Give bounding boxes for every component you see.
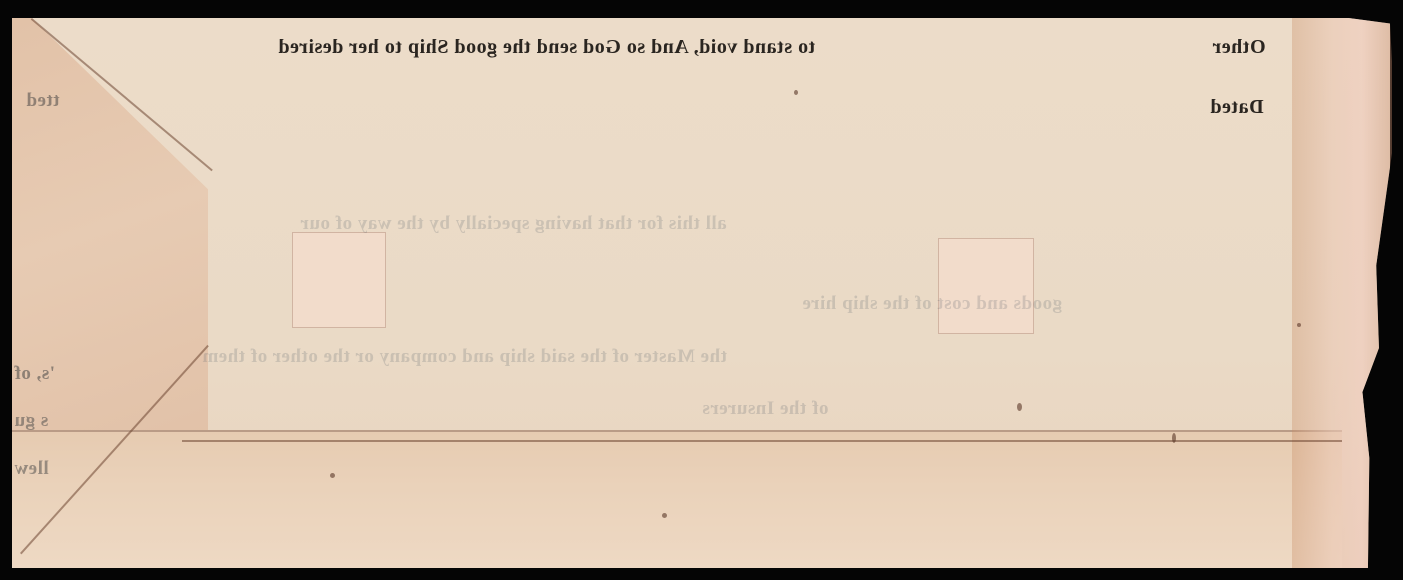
ink-spot — [1172, 433, 1176, 443]
faint-line-2: goods and cost of the ship hire — [802, 293, 1062, 315]
bleed-text-main: to stand void, And so God send the good … — [278, 36, 815, 59]
faint-line-3: the Master of the said ship and company … — [202, 346, 727, 368]
folded-bottom-band — [12, 430, 1342, 570]
left-fragment-3: llew — [14, 458, 49, 480]
bleed-text-dated: Dated — [1210, 96, 1264, 119]
ink-spot — [330, 473, 335, 478]
torn-right-edge-stain — [1292, 18, 1392, 568]
ink-spot — [662, 513, 667, 518]
faint-line-4: of the Insurers — [702, 398, 828, 420]
bleed-text-left-fragment: tted — [26, 90, 60, 112]
ink-spot — [1017, 403, 1022, 411]
bleed-text-other: Other — [1212, 36, 1266, 59]
ink-spot — [794, 90, 798, 95]
left-fragment-2: s gu — [14, 410, 48, 432]
band-fold-line — [182, 440, 1342, 442]
faint-line-1: all this for that having specially by th… — [300, 213, 727, 235]
hinge-remnant-left — [292, 232, 386, 328]
hinge-remnant-right — [938, 238, 1034, 334]
document-sheet: to stand void, And so God send the good … — [12, 18, 1390, 568]
left-fragment-1: 's, of — [14, 363, 55, 385]
ink-spot — [1297, 323, 1301, 327]
